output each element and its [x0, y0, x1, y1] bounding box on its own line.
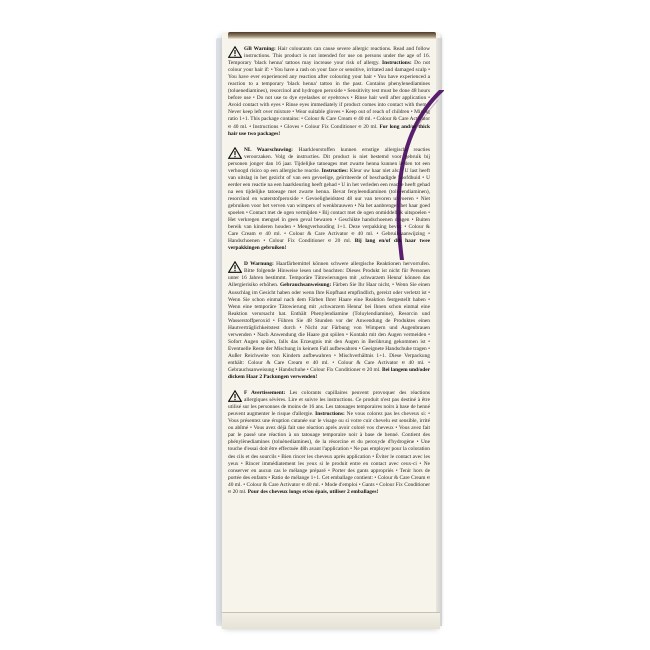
warning-lang: NL [244, 147, 257, 153]
warning-body: Kleur uw haar niet als: • U last heeft v… [228, 168, 430, 244]
warning-block-nl: NL Waarschuwing: Haarkleurstoffen kunnen… [228, 147, 430, 253]
warning-triangle-icon [228, 46, 242, 58]
instructions-label: Instructions: [315, 411, 347, 417]
warning-title: Warning: [254, 46, 278, 52]
warning-triangle-icon [228, 147, 242, 159]
warning-lang: F [244, 390, 251, 396]
instructions-label: Instructions: [382, 60, 414, 66]
instructions-label: Instructies: [322, 168, 350, 174]
warning-body: Ne vous colorez pas les cheveux si: • Vo… [228, 411, 430, 495]
box-bottom-edge [222, 612, 440, 629]
warning-body: Do not colour your hair if: • You have a… [228, 60, 430, 129]
instructions-label: Gebrauchsanweisung: [280, 282, 333, 288]
warning-block-f: F Avertissement: Les colorants capillair… [228, 390, 430, 496]
warning-triangle-icon [228, 390, 242, 402]
warning-body: Färben Sie Ihr Haar nicht, • Wenn Sie ei… [228, 282, 430, 373]
warning-triangle-icon [228, 261, 242, 273]
warning-text-panel: GB Warning: Hair colourants can cause se… [228, 46, 430, 505]
warning-closing: Pour des cheveux longs et/ou épais, util… [248, 489, 379, 495]
warning-title: Warnung: [250, 261, 276, 267]
warning-title: Avertissement: [251, 390, 290, 396]
warning-title: Waarschuwing: [257, 147, 299, 153]
box-top-edge [228, 32, 436, 39]
warning-block-gb: GB Warning: Hair colourants can cause se… [228, 46, 430, 138]
warning-block-d: D Warnung: Haarfärbemittel können schwer… [228, 261, 430, 381]
warning-lang: GB [244, 46, 254, 52]
